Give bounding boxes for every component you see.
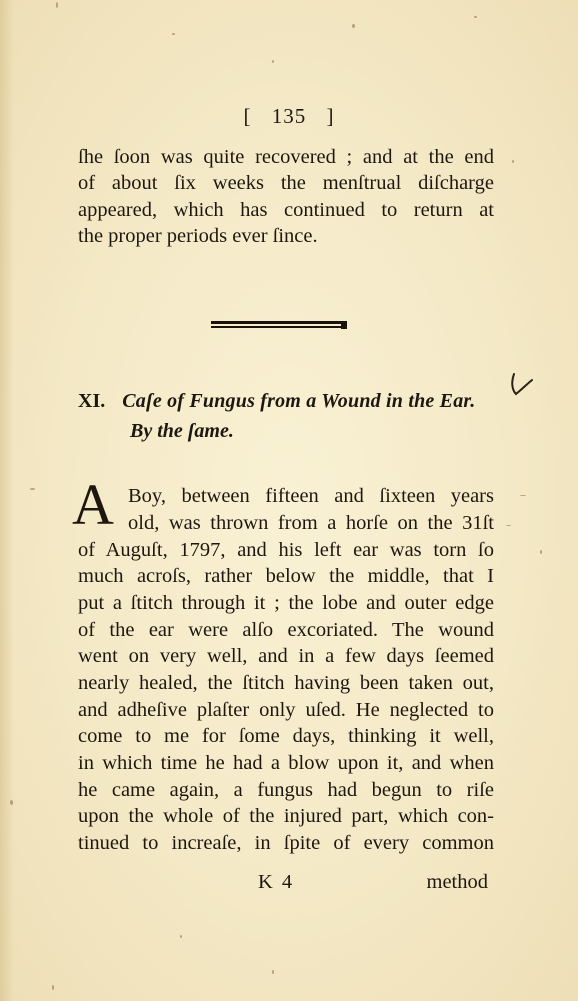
- drop-cap: A: [72, 479, 114, 531]
- paper-speck: [512, 160, 514, 163]
- paper-speck: [272, 60, 274, 63]
- paper-speck: [520, 495, 526, 496]
- paper-speck: [52, 985, 54, 990]
- section-heading: XI. Caſe of Fungus from a Wound in the E…: [78, 388, 498, 414]
- text-line: of about ſix weeks the menſtrual diſchar…: [78, 170, 494, 196]
- folio-open-bracket: [: [244, 104, 252, 128]
- paper-speck: [540, 550, 542, 554]
- page-number-header: [ 135 ]: [0, 104, 578, 129]
- text-line: went on very well, and in a few days ſee…: [78, 643, 494, 669]
- section-title: Caſe of Fungus from a Wound in the Ear.: [122, 390, 475, 412]
- text-line: put a ſtitch through it ; the lobe and o…: [78, 590, 494, 616]
- section-number: XI.: [78, 390, 105, 412]
- text-line: come to me for ſome days, thinking it we…: [78, 723, 494, 749]
- signature-mark: K 4: [258, 871, 294, 894]
- text-line: of the ear were alſo excoriated. The wou…: [78, 617, 494, 643]
- paper-speck: [10, 800, 13, 805]
- section-divider-rule: [211, 321, 347, 329]
- page-number: 135: [272, 104, 307, 128]
- paper-speck: [180, 935, 182, 938]
- text-line: tinued to increaſe, in ſpite of every co…: [78, 830, 494, 856]
- paper-speck: [272, 970, 274, 974]
- text-line: much acroſs, rather below the middle, th…: [78, 563, 494, 589]
- text-line: and adheſive plaſter only uſed. He negle…: [78, 697, 494, 723]
- text-line: of Auguſt, 1797, and his left ear was to…: [78, 537, 494, 563]
- folio-close-bracket: ]: [327, 104, 335, 128]
- book-page: [ 135 ] ſhe ſoon was quite recovered ; a…: [0, 0, 578, 1001]
- paper-speck: [56, 2, 58, 8]
- paper-speck: [506, 525, 511, 526]
- text-line: in which time he had a blow upon it, and…: [78, 750, 494, 776]
- paper-speck: [172, 33, 175, 35]
- text-line: old, was thrown from a horſe on the 31ſt: [128, 510, 494, 536]
- paper-speck: [352, 24, 355, 28]
- paper-speck: [474, 16, 477, 18]
- text-line: he came again, a fungus had begun to riſ…: [78, 777, 494, 803]
- catchword: method: [427, 871, 489, 894]
- text-line: upon the whole of the injured part, whic…: [78, 803, 494, 829]
- text-line: ſhe ſoon was quite recovered ; and at th…: [78, 144, 494, 170]
- text-line: appeared, which has continued to return …: [78, 197, 494, 223]
- section-byline: By the ſame.: [130, 420, 234, 443]
- paper-speck: [30, 488, 35, 490]
- handwritten-check-icon: [508, 370, 538, 400]
- text-line: the proper periods ever ſince.: [78, 223, 494, 249]
- text-line: nearly healed, the ſtitch having been ta…: [78, 670, 494, 696]
- text-line: Boy, between fifteen and ſixteen years: [128, 483, 494, 509]
- page-edge-shadow: [0, 0, 14, 1001]
